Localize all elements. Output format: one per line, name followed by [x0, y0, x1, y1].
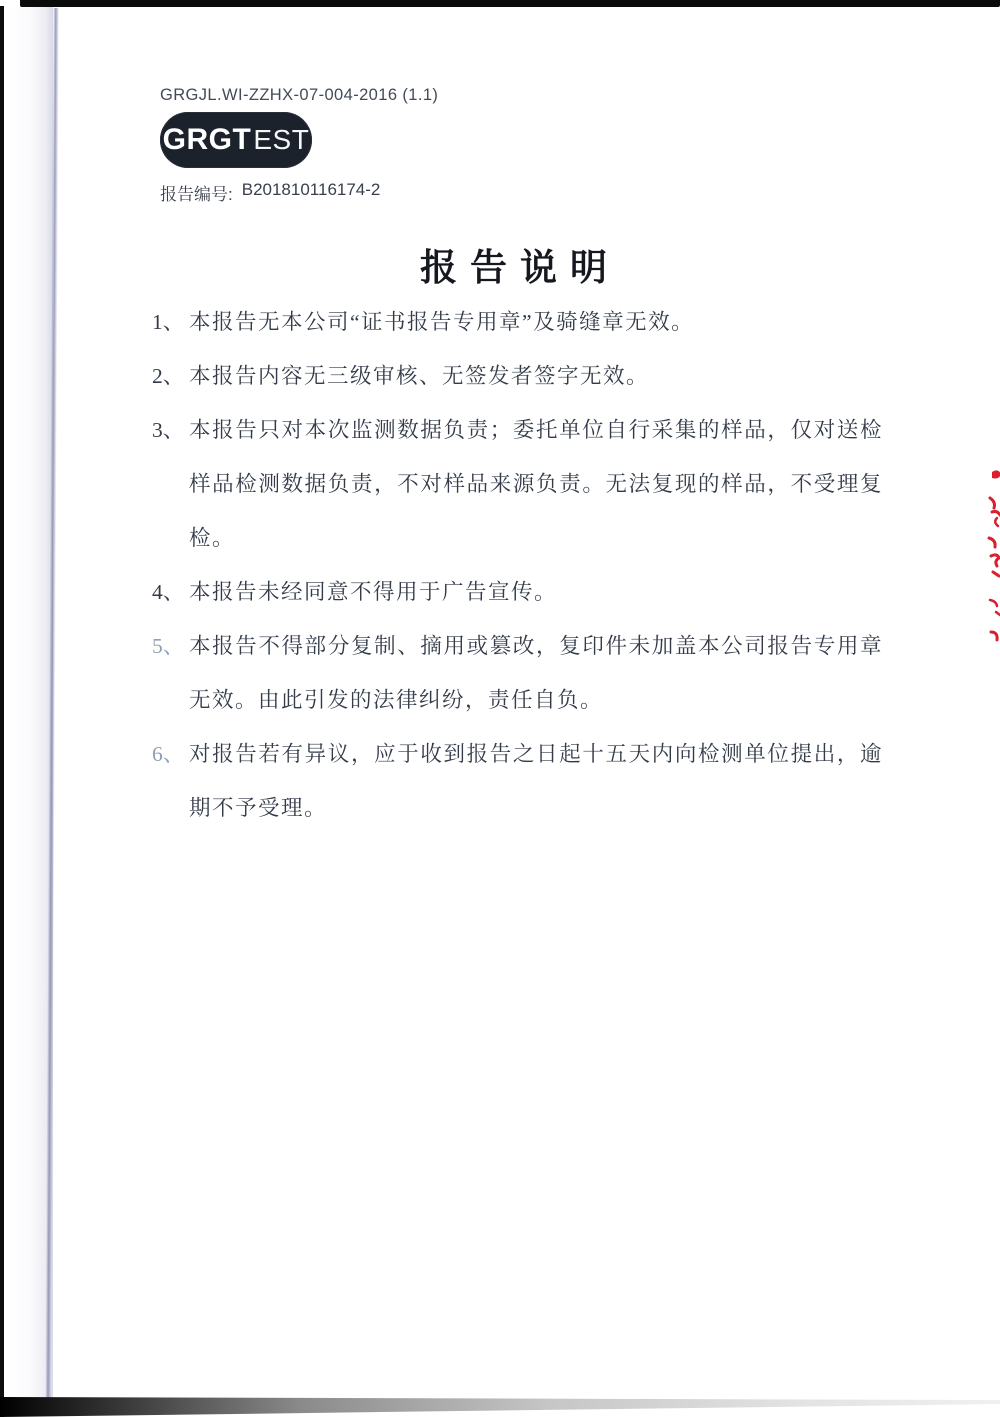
note-item: 2、 本报告内容无三级审核、无签发者签字无效。	[152, 349, 883, 403]
report-number-row: 报告编号: B201810116174-2	[160, 180, 438, 205]
page-title: 报告说明	[60, 237, 980, 291]
report-number-label: 报告编号:	[160, 180, 233, 205]
grgtest-logo: GRGT EST	[160, 112, 312, 168]
note-text: 本报告不得部分复制、摘用或篡改，复印件未加盖本公司报告专用章无效。由此引发的法律…	[189, 619, 883, 727]
note-marker: 3、	[152, 403, 189, 565]
scan-bottom-shadow	[0, 1395, 1000, 1417]
note-marker: 1、	[152, 295, 189, 349]
scan-top-edge	[20, 0, 1000, 7]
note-text: 本报告未经同意不得用于广告宣传。	[189, 565, 883, 619]
seal-red-strokes-icon	[978, 460, 1000, 655]
report-number-value: B201810116174-2	[242, 180, 381, 205]
note-item: 1、 本报告无本公司“证书报告专用章”及骑缝章无效。	[152, 295, 883, 349]
note-marker: 5、	[152, 619, 189, 727]
paging-seal-edge-fragments	[978, 460, 1000, 655]
document-code: GRGJL.WI-ZZHX-07-004-2016 (1.1)	[160, 86, 438, 105]
note-item: 4、 本报告未经同意不得用于广告宣传。	[152, 565, 883, 619]
note-text: 本报告只对本次监测数据负责；委托单位自行采集的样品，仅对送检样品检测数据负责，不…	[189, 403, 883, 565]
note-item: 3、 本报告只对本次监测数据负责；委托单位自行采集的样品，仅对送检样品检测数据负…	[152, 403, 883, 565]
note-text: 本报告内容无三级审核、无签发者签字无效。	[189, 349, 883, 403]
note-marker: 4、	[152, 565, 189, 619]
note-text: 本报告无本公司“证书报告专用章”及骑缝章无效。	[189, 295, 883, 349]
header: GRGJL.WI-ZZHX-07-004-2016 (1.1) GRGT EST…	[160, 86, 438, 205]
note-marker: 2、	[152, 349, 189, 403]
note-marker: 6、	[152, 727, 189, 835]
note-text: 对报告若有异议，应于收到报告之日起十五天内向检测单位提出，逾期不予受理。	[189, 727, 883, 835]
note-item: 5、 本报告不得部分复制、摘用或篡改，复印件未加盖本公司报告专用章无效。由此引发…	[152, 619, 883, 727]
logo-text-bold: GRGT	[163, 123, 252, 157]
note-item: 6、 对报告若有异议，应于收到报告之日起十五天内向检测单位提出，逾期不予受理。	[152, 727, 883, 835]
notes-list: 1、 本报告无本公司“证书报告专用章”及骑缝章无效。 2、 本报告内容无三级审核…	[152, 295, 883, 835]
logo-text-light: EST	[253, 124, 309, 156]
